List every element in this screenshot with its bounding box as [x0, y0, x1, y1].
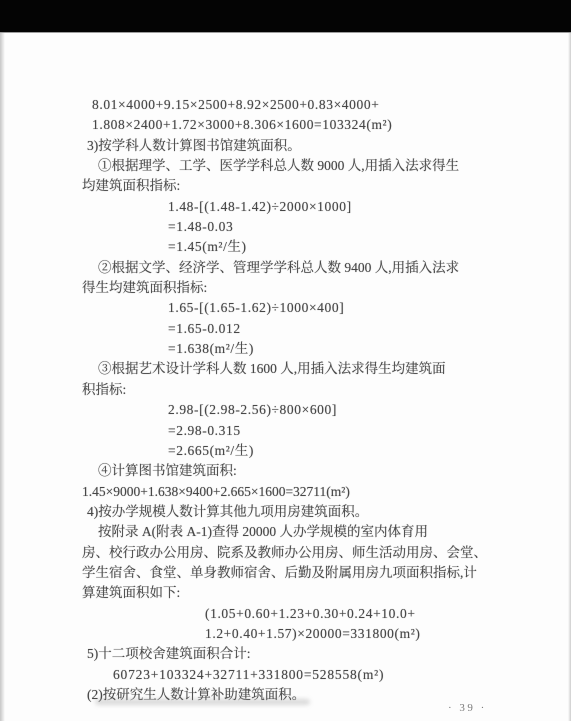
text-line: ②根据文学、经济学、管理学学科总人数 9400 人,用插入法求 [98, 258, 502, 278]
text-line: =1.65-0.012 [168, 319, 502, 339]
text-line: 1.2+0.40+1.57)×20000=331800(m²) [205, 624, 502, 644]
text-line: 1.48-[(1.48-1.42)÷2000×1000] [168, 197, 502, 217]
scanner-black-bar [0, 0, 571, 33]
text-line: 4)按办学规模人数计算其他九项用房建筑面积。 [87, 502, 502, 522]
text-line: 按附录 A(附表 A-1)查得 20000 人办学规模的室内体育用 [98, 522, 502, 542]
text-line: ①根据理学、工学、医学学科总人数 9000 人,用插入法求得生 [98, 156, 502, 176]
text-line: 1.808×2400+1.72×3000+8.306×1600=103324(m… [92, 115, 502, 135]
text-line: 积指标: [82, 380, 502, 400]
text-line: (1.05+0.60+1.23+0.30+0.24+10.0+ [205, 604, 502, 624]
text-line: =1.45(m²/生) [168, 237, 502, 257]
text-line: 房、校行政办公用房、院系及教师办公用房、师生活动用房、会堂、 [82, 543, 502, 563]
text-line: 均建筑面积指标: [82, 176, 502, 196]
ink-bleed-through [95, 699, 310, 705]
text-line: 5)十二项校舍建筑面积合计: [87, 644, 502, 664]
text-line: =1.48-0.03 [168, 217, 502, 237]
text-line: 3)按学科人数计算图书馆建筑面积。 [87, 136, 502, 156]
text-line: 8.01×4000+9.15×2500+8.92×2500+0.83×4000+ [92, 95, 502, 115]
document-body: 8.01×4000+9.15×2500+8.92×2500+0.83×4000+… [82, 95, 502, 705]
page-number: · 39 · [448, 702, 498, 714]
text-line: 1.45×9000+1.638×9400+2.665×1600=32711(m²… [82, 482, 502, 502]
text-line: =1.638(m²/生) [168, 339, 502, 359]
text-line: ④计算图书馆建筑面积: [98, 461, 502, 481]
text-line: 得生均建筑面积指标: [82, 278, 502, 298]
text-line: 算建筑面积如下: [82, 583, 502, 603]
text-line: =2.665(m²/生) [168, 441, 502, 461]
text-line: 1.65-[(1.65-1.62)÷1000×400] [168, 298, 502, 318]
text-line: 2.98-[(2.98-2.56)÷800×600] [168, 400, 502, 420]
text-line: 学生宿舍、食堂、单身教师宿舍、后勤及附属用房九项面积指标,计 [82, 563, 502, 583]
text-line: ③根据艺术设计学科人数 1600 人,用插入法求得生均建筑面 [98, 359, 502, 379]
scanned-page: 8.01×4000+9.15×2500+8.92×2500+0.83×4000+… [0, 0, 571, 721]
text-line: 60723+103324+32711+331800=528558(m²) [113, 665, 502, 685]
text-line: =2.98-0.315 [168, 421, 502, 441]
page-edge-shadow-left [0, 33, 5, 721]
